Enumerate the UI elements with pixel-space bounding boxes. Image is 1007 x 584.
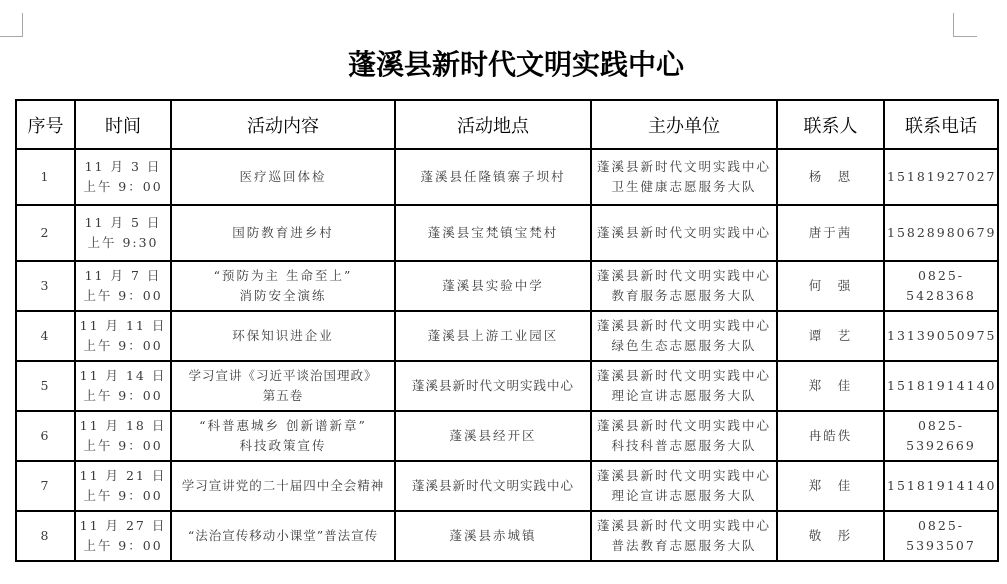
content-text: 学习宣讲党的二十届四中全会精神 [174,476,392,496]
content-text: 消防安全演练 [174,286,392,306]
table-row: 5 11 月 14 日 上午 9：00 学习宣讲《习近平谈治国理政》 第五卷 蓬… [16,361,998,411]
location-cell: 蓬溪县赤城镇 [395,511,591,561]
phone-cell: 0825-5393507 [884,511,998,561]
seq-cell: 1 [16,149,75,205]
phone-cell: 15181914140 [884,461,998,511]
organizer-text: 蓬溪县新时代文明实践中心 [594,223,774,243]
content-cell: “法治宣传移动小课堂”普法宣传 [171,511,395,561]
date-text: 11 月 7 日 [78,266,168,286]
phone-cell: 0825-5392669 [884,411,998,461]
contact-cell: 敬 彤 [777,511,884,561]
document-title: 蓬溪县新时代文明实践中心 [0,46,1007,84]
time-cell: 11 月 5 日 上午 9:30 [75,205,171,261]
time-cell: 11 月 21 日 上午 9：00 [75,461,171,511]
content-text: 第五卷 [174,386,392,406]
seq-cell: 7 [16,461,75,511]
contact-cell: 唐于茜 [777,205,884,261]
header-contact: 联系人 [777,100,884,149]
time-cell: 11 月 14 日 上午 9：00 [75,361,171,411]
time-cell: 11 月 3 日 上午 9：00 [75,149,171,205]
activity-schedule-table: 序号 时间 活动内容 活动地点 主办单位 联系人 联系电话 1 11 月 3 日… [15,99,999,562]
content-cell: “科普惠城乡 创新谱新章” 科技政策宣传 [171,411,395,461]
content-text: 学习宣讲《习近平谈治国理政》 [174,366,392,386]
organizer-text: 科技科普志愿服务大队 [594,436,774,456]
phone-cell: 15181914140 [884,361,998,411]
organizer-text: 蓬溪县新时代文明实践中心 [594,466,774,486]
header-organizer: 主办单位 [591,100,777,149]
date-text: 11 月 3 日 [78,157,168,177]
content-cell: 学习宣讲党的二十届四中全会精神 [171,461,395,511]
organizer-text: 理论宣讲志愿服务大队 [594,486,774,506]
phone-cell: 15181927027 [884,149,998,205]
organizer-text: 蓬溪县新时代文明实践中心 [594,366,774,386]
content-cell: 环保知识进企业 [171,311,395,361]
organizer-text: 蓬溪县新时代文明实践中心 [594,416,774,436]
header-content: 活动内容 [171,100,395,149]
organizer-text: 卫生健康志愿服务大队 [594,177,774,197]
organizer-text: 蓬溪县新时代文明实践中心 [594,157,774,177]
organizer-cell: 蓬溪县新时代文明实践中心 [591,205,777,261]
time-text: 上午 9：00 [78,336,168,356]
time-text: 上午 9：00 [78,286,168,306]
table-row: 3 11 月 7 日 上午 9：00 “预防为主 生命至上” 消防安全演练 蓬溪… [16,261,998,311]
date-text: 11 月 27 日 [78,516,168,536]
table-row: 2 11 月 5 日 上午 9:30 国防教育进乡村 蓬溪县宝梵镇宝梵村 蓬溪县… [16,205,998,261]
contact-cell: 谭 艺 [777,311,884,361]
content-cell: 医疗巡回体检 [171,149,395,205]
seq-cell: 6 [16,411,75,461]
time-text: 上午 9：00 [78,177,168,197]
contact-cell: 郑 佳 [777,461,884,511]
organizer-cell: 蓬溪县新时代文明实践中心 卫生健康志愿服务大队 [591,149,777,205]
header-time: 时间 [75,100,171,149]
seq-cell: 2 [16,205,75,261]
phone-cell: 15828980679 [884,205,998,261]
organizer-cell: 蓬溪县新时代文明实践中心 教育服务志愿服务大队 [591,261,777,311]
location-cell: 蓬溪县新时代文明实践中心 [395,461,591,511]
date-text: 11 月 11 日 [78,316,168,336]
time-cell: 11 月 18 日 上午 9：00 [75,411,171,461]
content-text: 国防教育进乡村 [174,223,392,243]
time-cell: 11 月 7 日 上午 9：00 [75,261,171,311]
organizer-cell: 蓬溪县新时代文明实践中心 科技科普志愿服务大队 [591,411,777,461]
location-cell: 蓬溪县新时代文明实践中心 [395,361,591,411]
page-corner-mark-left [0,13,23,37]
location-cell: 蓬溪县任隆镇寨子坝村 [395,149,591,205]
seq-cell: 5 [16,361,75,411]
phone-cell: 13139050975 [884,311,998,361]
content-text: 医疗巡回体检 [174,167,392,187]
header-location: 活动地点 [395,100,591,149]
organizer-text: 理论宣讲志愿服务大队 [594,386,774,406]
organizer-cell: 蓬溪县新时代文明实践中心 理论宣讲志愿服务大队 [591,461,777,511]
organizer-text: 普法教育志愿服务大队 [594,536,774,556]
content-text: 环保知识进企业 [174,326,392,346]
content-text: “预防为主 生命至上” [174,266,392,286]
table-row: 1 11 月 3 日 上午 9：00 医疗巡回体检 蓬溪县任隆镇寨子坝村 蓬溪县… [16,149,998,205]
organizer-cell: 蓬溪县新时代文明实践中心 绿色生态志愿服务大队 [591,311,777,361]
table-row: 7 11 月 21 日 上午 9：00 学习宣讲党的二十届四中全会精神 蓬溪县新… [16,461,998,511]
location-cell: 蓬溪县经开区 [395,411,591,461]
header-phone: 联系电话 [884,100,998,149]
content-cell: 国防教育进乡村 [171,205,395,261]
phone-cell: 0825-5428368 [884,261,998,311]
table-row: 4 11 月 11 日 上午 9：00 环保知识进企业 蓬溪县上游工业园区 蓬溪… [16,311,998,361]
content-text: “法治宣传移动小课堂”普法宣传 [174,526,392,546]
content-text: “科普惠城乡 创新谱新章” [174,416,392,436]
organizer-text: 蓬溪县新时代文明实践中心 [594,266,774,286]
table-row: 6 11 月 18 日 上午 9：00 “科普惠城乡 创新谱新章” 科技政策宣传… [16,411,998,461]
seq-cell: 8 [16,511,75,561]
location-cell: 蓬溪县上游工业园区 [395,311,591,361]
organizer-text: 教育服务志愿服务大队 [594,286,774,306]
contact-cell: 冉皓佚 [777,411,884,461]
contact-cell: 何 强 [777,261,884,311]
date-text: 11 月 14 日 [78,366,168,386]
time-text: 上午 9：00 [78,436,168,456]
date-text: 11 月 5 日 [78,213,168,233]
time-text: 上午 9：00 [78,536,168,556]
organizer-cell: 蓬溪县新时代文明实践中心 理论宣讲志愿服务大队 [591,361,777,411]
seq-cell: 3 [16,261,75,311]
organizer-text: 蓬溪县新时代文明实践中心 [594,316,774,336]
organizer-cell: 蓬溪县新时代文明实践中心 普法教育志愿服务大队 [591,511,777,561]
content-text: 科技政策宣传 [174,436,392,456]
organizer-text: 绿色生态志愿服务大队 [594,336,774,356]
table-row: 8 11 月 27 日 上午 9：00 “法治宣传移动小课堂”普法宣传 蓬溪县赤… [16,511,998,561]
page-corner-mark-right [953,13,977,37]
organizer-text: 蓬溪县新时代文明实践中心 [594,516,774,536]
time-cell: 11 月 27 日 上午 9：00 [75,511,171,561]
time-text: 上午 9：00 [78,486,168,506]
contact-cell: 杨 恩 [777,149,884,205]
time-text: 上午 9:30 [78,233,168,253]
time-cell: 11 月 11 日 上午 9：00 [75,311,171,361]
content-cell: 学习宣讲《习近平谈治国理政》 第五卷 [171,361,395,411]
time-text: 上午 9：00 [78,386,168,406]
table-header-row: 序号 时间 活动内容 活动地点 主办单位 联系人 联系电话 [16,100,998,149]
contact-cell: 郑 佳 [777,361,884,411]
location-cell: 蓬溪县实验中学 [395,261,591,311]
date-text: 11 月 18 日 [78,416,168,436]
seq-cell: 4 [16,311,75,361]
content-cell: “预防为主 生命至上” 消防安全演练 [171,261,395,311]
header-seq: 序号 [16,100,75,149]
date-text: 11 月 21 日 [78,466,168,486]
location-cell: 蓬溪县宝梵镇宝梵村 [395,205,591,261]
